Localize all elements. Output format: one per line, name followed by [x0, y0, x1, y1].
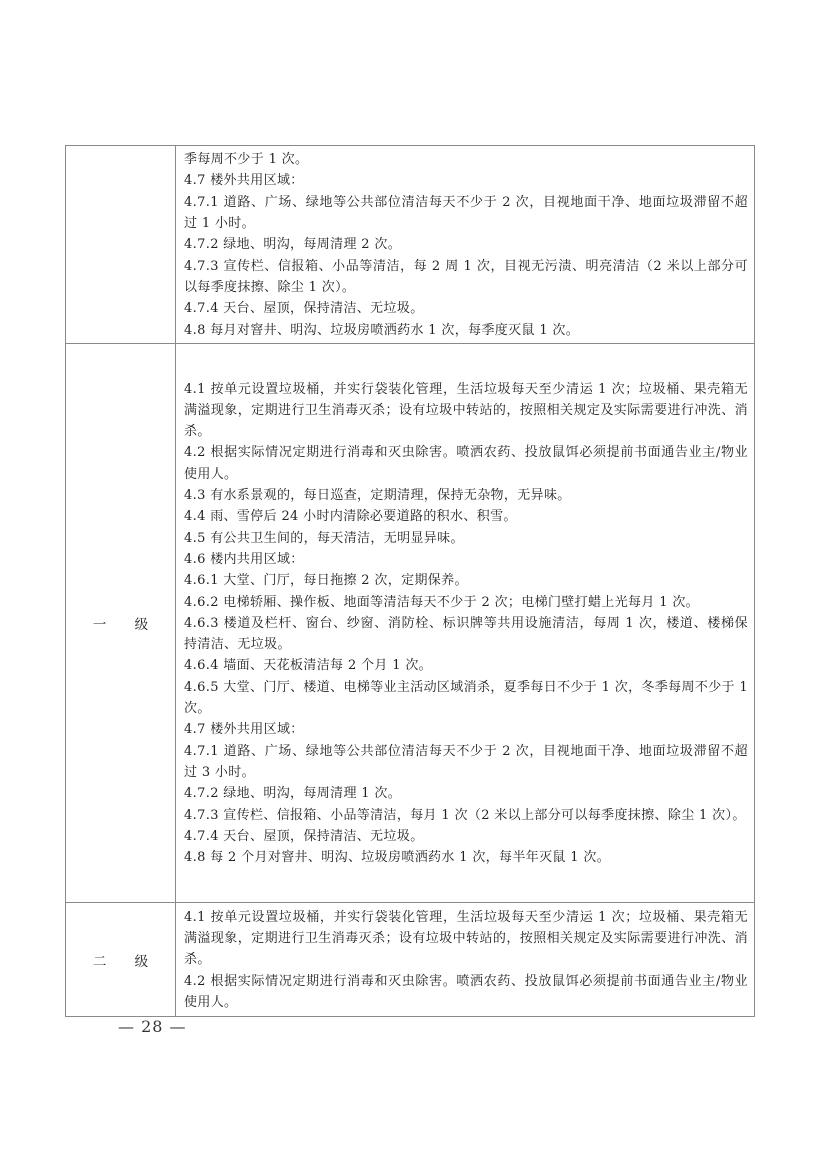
requirements-cell: 季每周不少于 1 次。4.7 楼外共用区域：4.7.1 道路、广场、绿地等公共部… — [176, 146, 755, 344]
requirement-item: 4.6.5 大堂、门厅、楼道、电梯等业主活动区域消杀，夏季每日不少于 1 次，冬… — [184, 677, 748, 720]
requirement-item: 4.7.1 道路、广场、绿地等公共部位清洁每天不少于 2 次，目视地面干净、地面… — [184, 741, 748, 784]
page-number: — 28 — — [118, 1017, 187, 1036]
requirement-item: 4.6.4 墙面、天花板清洁每 2 个月 1 次。 — [184, 655, 748, 676]
requirement-item: 4.1 按单元设置垃圾桶，并实行袋装化管理，生活垃圾每天至少清运 1 次；垃圾桶… — [184, 379, 748, 443]
level-cell — [66, 146, 176, 344]
requirement-item: 4.8 每月对窨井、明沟、垃圾房喷洒药水 1 次，每季度灭鼠 1 次。 — [184, 320, 748, 341]
table-body: 季每周不少于 1 次。4.7 楼外共用区域：4.7.1 道路、广场、绿地等公共部… — [66, 146, 755, 1017]
requirement-item: 4.7.3 宣传栏、信报箱、小品等清洁，每月 1 次（2 米以上部分可以每季度抹… — [184, 805, 748, 826]
requirement-item: 4.5 有公共卫生间的，每天清洁，无明显异味。 — [184, 528, 748, 549]
requirement-item: 4.7 楼外共用区域： — [184, 170, 748, 191]
requirement-item: 4.7.4 天台、屋顶，保持清洁、无垃圾。 — [184, 298, 748, 319]
requirement-item: 4.6.2 电梯轿厢、操作板、地面等清洁每天不少于 2 次；电梯门壁打蜡上光每月… — [184, 592, 748, 613]
requirement-item: 4.1 按单元设置垃圾桶，并实行袋装化管理，生活垃圾每天至少清运 1 次；垃圾桶… — [184, 907, 748, 971]
requirement-item: 4.4 雨、雪停后 24 小时内清除必要道路的积水、积雪。 — [184, 506, 748, 527]
standards-table: 季每周不少于 1 次。4.7 楼外共用区域：4.7.1 道路、广场、绿地等公共部… — [65, 145, 755, 1017]
requirement-item: 4.3 有水系景观的，每日巡查，定期清理，保持无杂物，无异味。 — [184, 485, 748, 506]
table-row: 季每周不少于 1 次。4.7 楼外共用区域：4.7.1 道路、广场、绿地等公共部… — [66, 146, 755, 344]
requirements-cell: 4.1 按单元设置垃圾桶，并实行袋装化管理，生活垃圾每天至少清运 1 次；垃圾桶… — [176, 903, 755, 1017]
requirement-item: 4.7.2 绿地、明沟，每周清理 2 次。 — [184, 234, 748, 255]
requirement-item: 4.7.2 绿地、明沟，每周清理 1 次。 — [184, 783, 748, 804]
requirement-item: 4.6.1 大堂、门厅，每日拖擦 2 次，定期保养。 — [184, 570, 748, 591]
requirements-cell: 4.1 按单元设置垃圾桶，并实行袋装化管理，生活垃圾每天至少清运 1 次；垃圾桶… — [176, 344, 755, 903]
requirement-item: 季每周不少于 1 次。 — [184, 149, 748, 170]
table-row: 一 级4.1 按单元设置垃圾桶，并实行袋装化管理，生活垃圾每天至少清运 1 次；… — [66, 344, 755, 903]
table-row: 二 级4.1 按单元设置垃圾桶，并实行袋装化管理，生活垃圾每天至少清运 1 次；… — [66, 903, 755, 1017]
level-cell: 二 级 — [66, 903, 176, 1017]
requirement-item: 4.6.3 楼道及栏杆、窗台、纱窗、消防栓、标识牌等共用设施清洁，每周 1 次，… — [184, 613, 748, 656]
requirement-item: 4.2 根据实际情况定期进行消毒和灭虫除害。喷洒农药、投放鼠饵必须提前书面通告业… — [184, 442, 748, 485]
requirement-item: 4.6 楼内共用区域： — [184, 549, 748, 570]
requirement-item: 4.7 楼外共用区域： — [184, 719, 748, 740]
requirement-item: 4.7.1 道路、广场、绿地等公共部位清洁每天不少于 2 次，目视地面干净、地面… — [184, 192, 748, 235]
requirement-item: 4.8 每 2 个月对窨井、明沟、垃圾房喷洒药水 1 次，每半年灭鼠 1 次。 — [184, 847, 748, 868]
requirement-item: 4.7.3 宣传栏、信报箱、小品等清洁，每 2 周 1 次，目视无污渍、明亮清洁… — [184, 256, 748, 299]
requirement-item: 4.2 根据实际情况定期进行消毒和灭虫除害。喷洒农药、投放鼠饵必须提前书面通告业… — [184, 971, 748, 1014]
level-cell: 一 级 — [66, 344, 176, 903]
requirement-item: 4.7.4 天台、屋顶，保持清洁、无垃圾。 — [184, 826, 748, 847]
